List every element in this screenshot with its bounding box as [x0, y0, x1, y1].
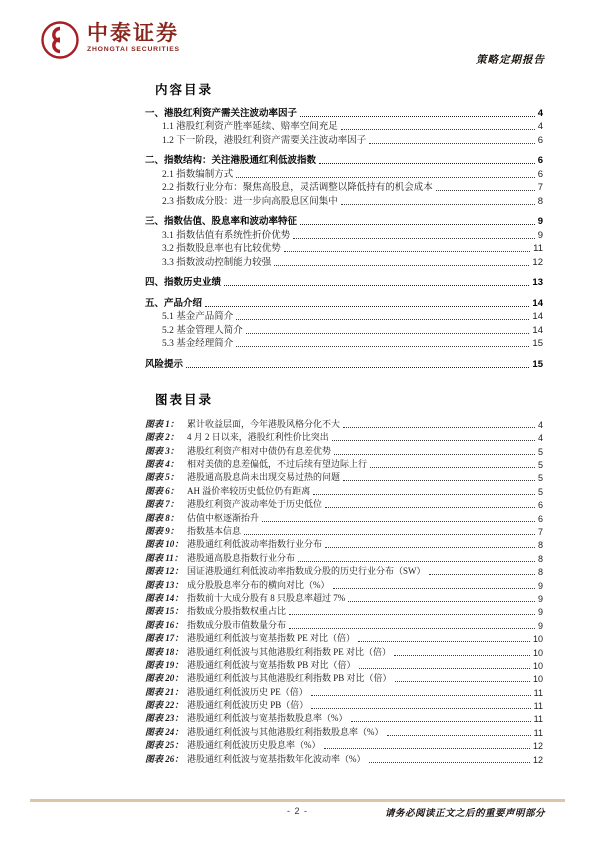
figure-entry-number: 图表 16：: [145, 618, 187, 631]
dotted-leader: [236, 346, 529, 347]
toc-entry-label: 3.1 指数估值有系统性折价优势: [162, 227, 290, 241]
figure-entry-page: 5: [538, 487, 543, 497]
figure-entry-page: 8: [538, 540, 543, 550]
dotted-leader: [284, 251, 530, 252]
dotted-leader: [394, 655, 530, 656]
figure-entry-title: 成分股股息率分布的横向对比（%）: [187, 578, 330, 591]
toc-entry[interactable]: 5.2 基金管理人简介14: [145, 322, 543, 336]
figure-entry-title: 港股通红利低波与其他港股红利指数股息率（%）: [187, 725, 384, 738]
toc-entry-page: 15: [532, 359, 543, 370]
toc-entry-page: 6: [538, 155, 543, 166]
figure-entry[interactable]: 图表 11：港股通高股息指数行业分布8: [145, 550, 543, 563]
figure-entry[interactable]: 图表 24：港股通红利低波与其他港股红利指数股息率（%）11: [145, 724, 543, 737]
figure-entry-title: AH 溢价率较历史低位仍有距离: [187, 484, 310, 497]
figure-entry-page: 9: [538, 621, 543, 631]
figure-entry-number: 图表 6：: [145, 484, 187, 497]
toc-entry[interactable]: 3.2 指数股息率也有比较优势11: [145, 241, 543, 255]
dotted-leader: [324, 748, 530, 749]
dotted-leader: [289, 614, 535, 615]
toc-entry-page: 6: [538, 169, 543, 180]
figure-entry-number: 图表 1：: [145, 417, 187, 430]
dotted-leader: [325, 547, 535, 548]
toc-entry[interactable]: 3.1 指数估值有系统性折价优势9: [145, 227, 543, 241]
dotted-leader: [300, 116, 535, 117]
toc-entry-page: 14: [532, 298, 543, 309]
figure-entry-title: 港股红利资产相对中债仍有息差优势: [187, 444, 331, 457]
figure-entry[interactable]: 图表 3：港股红利资产相对中债仍有息差优势5: [145, 443, 543, 456]
figure-entry-page: 11: [534, 728, 543, 738]
dotted-leader: [300, 224, 535, 225]
dotted-leader: [311, 708, 530, 709]
figure-entry[interactable]: 图表 25：港股通红利低波历史股息率（%）12: [145, 738, 543, 751]
figure-entry-number: 图表 21：: [145, 685, 187, 698]
figure-entry-page: 5: [538, 447, 543, 457]
figure-entry-title: 估值中枢逐渐抬升: [187, 511, 259, 524]
figure-entry[interactable]: 图表 9：指数基本信息7: [145, 524, 543, 537]
toc-entry[interactable]: 风险提示15: [145, 356, 543, 370]
figure-entry-page: 5: [538, 460, 543, 470]
dotted-leader: [289, 628, 535, 629]
figure-entry-page: 8: [538, 554, 543, 564]
toc-entry-label: 1.1 港股红利资产胜率延续、赔率空间充足: [162, 118, 338, 132]
dotted-leader: [351, 721, 531, 722]
toc-entry-page: 13: [532, 277, 543, 288]
dotted-leader: [343, 480, 535, 481]
figure-entry-title: 指数前十大成分股有 8 只股息率超过 7%: [187, 591, 345, 604]
figures-title: 图表目录: [155, 390, 543, 408]
toc-entry-label: 2.1 指数编制方式: [162, 166, 233, 180]
figure-entry-page: 10: [533, 661, 543, 671]
figure-entry[interactable]: 图表 20：港股通红利低波与其他港股红利指数 PB 对比（倍）10: [145, 671, 543, 684]
figure-entry-page: 10: [533, 634, 543, 644]
toc-entry-page: 4: [538, 121, 543, 132]
figure-entry-page: 10: [533, 674, 543, 684]
figure-entry-title: 港股通高股息指数行业分布: [187, 551, 295, 564]
toc-entry-label: 1.2 下一阶段，港股红利资产需要关注波动率因子: [162, 132, 366, 146]
toc-entry[interactable]: 5.3 基金经理简介15: [145, 336, 543, 350]
contents-title: 内容目录: [155, 80, 543, 98]
figure-entry-title: 港股通红利低波与宽基指数股息率（%）: [187, 711, 348, 724]
figure-entry-page: 6: [538, 514, 543, 524]
figure-entry-title: 累计收益层面，今年港股风格分化不大: [187, 417, 340, 430]
dotted-leader: [332, 440, 535, 441]
dotted-leader: [334, 454, 535, 455]
figure-entry-title: 港股通红利低波动率指数行业分布: [187, 537, 322, 550]
dotted-leader: [395, 681, 530, 682]
dotted-leader: [274, 265, 529, 266]
figure-entry-number: 图表 14：: [145, 591, 187, 604]
figure-entry-number: 图表 12：: [145, 564, 187, 577]
dotted-leader: [387, 735, 531, 736]
brand-text: 中泰证券 ZHONGTAI SECURITIES: [87, 20, 180, 53]
dotted-leader: [370, 467, 535, 468]
figure-entry-number: 图表 4：: [145, 457, 187, 470]
toc-entry-label: 5.2 基金管理人简介: [162, 322, 243, 336]
figure-entry-page: 9: [538, 594, 543, 604]
dotted-leader: [436, 190, 535, 191]
dotted-leader: [348, 601, 535, 602]
toc-main: 内容目录 一、港股红利资产需关注波动率因子41.1 港股红利资产胜率延续、赔率空…: [145, 80, 543, 765]
toc-entry-label: 五、产品介绍: [145, 295, 202, 309]
toc-entry-page: 14: [532, 325, 543, 336]
figure-entry-page: 11: [534, 714, 543, 724]
figure-entry-number: 图表 9：: [145, 524, 187, 537]
figure-entry-title: 指数成分股指数权重占比: [187, 604, 286, 617]
figure-entry[interactable]: 图表 18：港股通红利低波与其他港股红利指数 PE 对比（倍）10: [145, 644, 543, 657]
toc-entry-page: 9: [538, 216, 543, 227]
figure-entry[interactable]: 图表 12：国证港股通红利低波动率指数成分股的历史行业分布（SW）8: [145, 564, 543, 577]
figure-entry-number: 图表 25：: [145, 738, 187, 751]
dotted-leader: [236, 177, 534, 178]
dotted-leader: [369, 762, 530, 763]
toc-entry[interactable]: 一、港股红利资产需关注波动率因子4: [145, 105, 543, 119]
toc-entry[interactable]: 3.3 指数波动控制能力较强12: [145, 254, 543, 268]
dotted-leader: [429, 574, 535, 575]
figure-entry-number: 图表 10：: [145, 537, 187, 550]
figure-entry-page: 6: [538, 500, 543, 510]
toc-entry-label: 5.1 基金产品简介: [162, 308, 233, 322]
figure-entry[interactable]: 图表 10：港股通红利低波动率指数行业分布8: [145, 537, 543, 550]
figure-entry-title: 国证港股通红利低波动率指数成分股的历史行业分布（SW）: [187, 564, 426, 577]
toc-entry-page: 7: [538, 182, 543, 193]
figure-entry-number: 图表 11：: [145, 551, 187, 564]
figure-entry-number: 图表 18：: [145, 645, 187, 658]
report-type-label: 策略定期报告: [476, 52, 545, 67]
figure-entry[interactable]: 图表 23：港股通红利低波与宽基指数股息率（%）11: [145, 711, 543, 724]
figure-entry[interactable]: 图表 6：AH 溢价率较历史低位仍有距离5: [145, 483, 543, 496]
figure-entry-page: 11: [534, 688, 543, 698]
figure-entry[interactable]: 图表 13：成分股股息率分布的横向对比（%）9: [145, 577, 543, 590]
dotted-leader: [186, 367, 529, 368]
toc-entry[interactable]: 四、指数历史业绩13: [145, 275, 543, 289]
figure-entry-page: 5: [538, 473, 543, 483]
toc-entry[interactable]: 五、产品介绍14: [145, 295, 543, 309]
figure-entry-number: 图表 8：: [145, 511, 187, 524]
figure-entry-number: 图表 26：: [145, 752, 187, 765]
figure-entry-page: 12: [533, 755, 543, 765]
figure-entry-page: 11: [534, 701, 543, 711]
footer-disclaimer: 请务必阅读正文之后的重要声明部分: [385, 805, 545, 819]
toc-entry-page: 9: [538, 230, 543, 241]
toc-entry[interactable]: 1.2 下一阶段，港股红利资产需要关注波动率因子6: [145, 132, 543, 146]
figure-entry-title: 港股通红利低波与宽基指数 PE 对比（倍）: [187, 631, 355, 644]
figure-entry-number: 图表 7：: [145, 497, 187, 510]
figure-entry-title: 指数成分股市值数量分布: [187, 618, 286, 631]
dotted-leader: [333, 588, 535, 589]
dotted-leader: [358, 641, 530, 642]
figure-entry-number: 图表 17：: [145, 631, 187, 644]
toc-entry-label: 3.2 指数股息率也有比较优势: [162, 240, 281, 254]
toc-entry-page: 14: [532, 311, 543, 322]
figure-entry-number: 图表 15：: [145, 604, 187, 617]
figure-entry-number: 图表 13：: [145, 578, 187, 591]
dotted-leader: [246, 333, 530, 334]
dotted-leader: [298, 561, 535, 562]
figure-entry-number: 图表 5：: [145, 470, 187, 483]
dotted-leader: [369, 143, 534, 144]
toc-entry-label: 2.2 指数行业分布：聚焦高股息，灵活调整以降低持有的机会成本: [162, 179, 433, 193]
figure-entry-title: 港股通红利低波与其他港股红利指数 PE 对比（倍）: [187, 645, 391, 658]
toc-entry-page: 6: [538, 135, 543, 146]
toc-entry-label: 一、港股红利资产需关注波动率因子: [145, 105, 297, 119]
toc-entry-page: 11: [533, 243, 543, 254]
figure-entry[interactable]: 图表 19：港股通红利低波与宽基指数 PB 对比（倍）10: [145, 658, 543, 671]
figure-entry-number: 图表 19：: [145, 658, 187, 671]
dotted-leader: [224, 285, 529, 286]
figure-entry-number: 图表 24：: [145, 725, 187, 738]
footer-divider: [30, 799, 565, 802]
figure-entry[interactable]: 图表 7：港股红利资产波动率处于历史低位6: [145, 497, 543, 510]
contents-list: 一、港股红利资产需关注波动率因子41.1 港股红利资产胜率延续、赔率空间充足41…: [145, 105, 543, 370]
figure-entry-title: 港股通红利低波历史 PB（倍）: [187, 698, 308, 711]
zhongtai-logo-icon: [40, 20, 80, 60]
dotted-leader: [359, 668, 530, 669]
report-page: 中泰证券 ZHONGTAI SECURITIES 策略定期报告 内容目录 一、港…: [0, 0, 595, 841]
figure-entry[interactable]: 图表 22：港股通红利低波历史 PB（倍）11: [145, 698, 543, 711]
brand-name-en: ZHONGTAI SECURITIES: [87, 46, 180, 53]
figure-entry-page: 8: [538, 567, 543, 577]
dotted-leader: [325, 507, 535, 508]
toc-entry-label: 风险提示: [145, 356, 183, 370]
figure-entry-title: 港股通红利低波与宽基指数年化波动率（%）: [187, 752, 366, 765]
dotted-leader: [311, 695, 531, 696]
figure-entry[interactable]: 图表 26：港股通红利低波与宽基指数年化波动率（%）12: [145, 751, 543, 764]
figure-entry-number: 图表 2：: [145, 430, 187, 443]
toc-entry[interactable]: 5.1 基金产品简介14: [145, 309, 543, 323]
figure-entry-page: 4: [538, 433, 543, 443]
figure-entry-page: 9: [538, 581, 543, 591]
figure-entry[interactable]: 图表 14：指数前十大成分股有 8 只股息率超过 7%9: [145, 591, 543, 604]
figure-entry-page: 4: [538, 420, 543, 430]
dotted-leader: [293, 238, 534, 239]
figure-entry-page: 10: [533, 648, 543, 658]
figure-entry-title: 4 月 2 日以来，港股红利性价比突出: [187, 430, 329, 443]
dotted-leader: [341, 204, 535, 205]
dotted-leader: [319, 163, 535, 164]
toc-entry-label: 四、指数历史业绩: [145, 274, 221, 288]
figure-entry-title: 港股通红利低波历史 PE（倍）: [187, 685, 308, 698]
figure-entry-title: 港股通红利低波历史股息率（%）: [187, 738, 321, 751]
figure-entry[interactable]: 图表 1：累计收益层面，今年港股风格分化不大4: [145, 417, 543, 430]
dotted-leader: [313, 494, 535, 495]
toc-entry-page: 15: [532, 338, 543, 349]
figure-entry-page: 9: [538, 607, 543, 617]
toc-entry-label: 三、指数估值、股息率和波动率特征: [145, 213, 297, 227]
figure-entry[interactable]: 图表 5：港股通高股息尚未出现交易过热的问题5: [145, 470, 543, 483]
figure-entry[interactable]: 图表 4：相对美债的息差偏低，不过后续有望边际上行5: [145, 457, 543, 470]
figure-entry-title: 港股通高股息尚未出现交易过热的问题: [187, 470, 340, 483]
toc-entry[interactable]: 2.3 指数成分股：进一步向高股息区间集中8: [145, 193, 543, 207]
toc-entry-page: 4: [538, 108, 543, 119]
toc-entry[interactable]: 二、指数结构：关注港股通红利低波指数6: [145, 153, 543, 167]
toc-entry[interactable]: 1.1 港股红利资产胜率延续、赔率空间充足4: [145, 119, 543, 133]
figure-entry-page: 7: [538, 527, 543, 537]
toc-entry-label: 3.3 指数波动控制能力较强: [162, 254, 271, 268]
toc-entry[interactable]: 2.1 指数编制方式6: [145, 166, 543, 180]
figure-entry-number: 图表 23：: [145, 711, 187, 724]
figure-entry-title: 指数基本信息: [187, 524, 241, 537]
figure-entry-title: 港股通红利低波与宽基指数 PB 对比（倍）: [187, 658, 356, 671]
figure-entry-title: 港股通红利低波与其他港股红利指数 PB 对比（倍）: [187, 671, 392, 684]
toc-entry[interactable]: 2.2 指数行业分布：聚焦高股息，灵活调整以降低持有的机会成本7: [145, 180, 543, 194]
dotted-leader: [205, 306, 529, 307]
figure-entry[interactable]: 图表 21：港股通红利低波历史 PE（倍）11: [145, 684, 543, 697]
toc-entry[interactable]: 三、指数估值、股息率和波动率特征9: [145, 214, 543, 228]
figure-entry-number: 图表 20：: [145, 671, 187, 684]
figures-list: 图表 1：累计收益层面，今年港股风格分化不大4图表 2：4 月 2 日以来，港股…: [145, 417, 543, 765]
dotted-leader: [343, 427, 535, 428]
brand-name-cn: 中泰证券: [87, 22, 180, 45]
figure-entry[interactable]: 图表 16：指数成分股市值数量分布9: [145, 617, 543, 630]
dotted-leader: [244, 534, 535, 535]
figure-entry[interactable]: 图表 15：指数成分股指数权重占比9: [145, 604, 543, 617]
toc-entry-page: 12: [532, 257, 543, 268]
toc-entry-label: 二、指数结构：关注港股通红利低波指数: [145, 152, 316, 166]
figure-entry[interactable]: 图表 17：港股通红利低波与宽基指数 PE 对比（倍）10: [145, 631, 543, 644]
toc-entry-label: 5.3 基金经理简介: [162, 335, 233, 349]
figure-entry-title: 相对美债的息差偏低，不过后续有望边际上行: [187, 457, 367, 470]
toc-entry-label: 2.3 指数成分股：进一步向高股息区间集中: [162, 193, 338, 207]
brand-logo: 中泰证券 ZHONGTAI SECURITIES: [40, 20, 180, 60]
dotted-leader: [262, 521, 535, 522]
dotted-leader: [236, 319, 529, 320]
figure-entry-number: 图表 3：: [145, 444, 187, 457]
dotted-leader: [341, 129, 535, 130]
figure-entry-page: 12: [533, 741, 543, 751]
figure-entry[interactable]: 图表 2：4 月 2 日以来，港股红利性价比突出4: [145, 430, 543, 443]
figure-entry-title: 港股红利资产波动率处于历史低位: [187, 497, 322, 510]
figure-entry[interactable]: 图表 8：估值中枢逐渐抬升6: [145, 510, 543, 523]
toc-entry-page: 8: [538, 196, 543, 207]
figure-entry-number: 图表 22：: [145, 698, 187, 711]
